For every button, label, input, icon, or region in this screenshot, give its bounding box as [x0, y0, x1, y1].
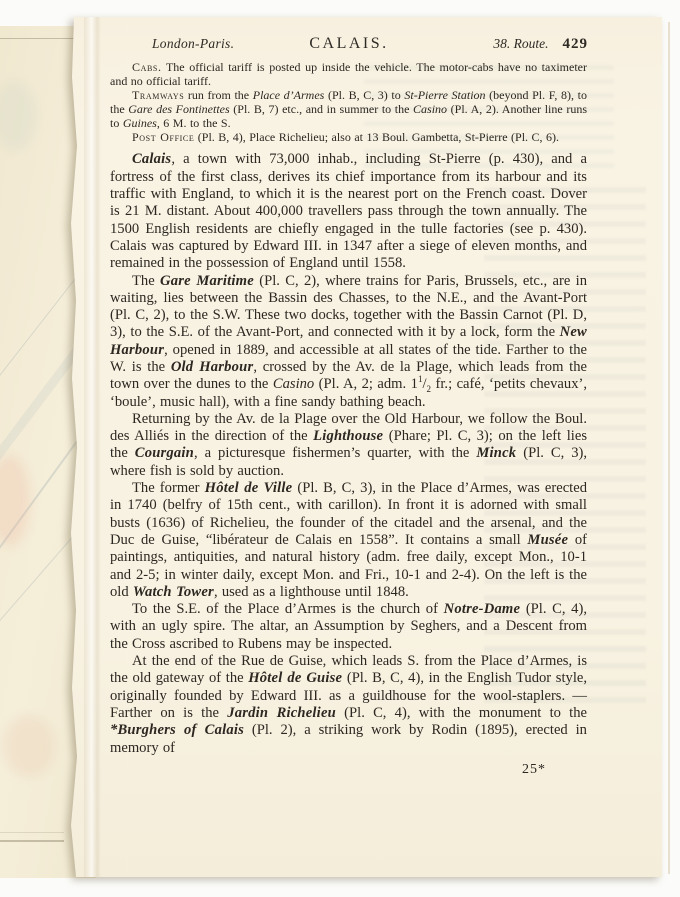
footer: 25* [110, 760, 587, 778]
map-water-tint [0, 81, 37, 151]
text-run: The former [132, 480, 205, 496]
text-run: Musée [527, 532, 568, 548]
text-run: Lighthouse [313, 428, 383, 444]
scan-background: London-Paris. CALAIS. 38. Route. 429 Cab… [0, 0, 680, 897]
paragraph: To the S.E. of the Place d’Armes is the … [110, 601, 587, 653]
paragraph: Post Office (Pl. B, 4), Place Richelieu;… [110, 131, 587, 145]
text-run: Guines [123, 116, 157, 130]
text-run: , a town with 73,000 inhab., including S… [110, 151, 587, 271]
paragraph: At the end of the Rue de Guise, which le… [110, 653, 587, 757]
header-route-number: 38. Route. [493, 36, 548, 52]
page-crease [84, 17, 101, 877]
text-run: (Pl. C, 4), with the monument to the [336, 705, 587, 721]
text-run: St-Pierre Station [404, 88, 485, 102]
text-run: To the S.E. of the Place d’Armes is the … [132, 601, 444, 617]
paragraph: The Gare Maritime (Pl. C, 2), where trai… [110, 273, 587, 411]
map-border-line [0, 832, 64, 833]
book-page: London-Paris. CALAIS. 38. Route. 429 Cab… [64, 17, 662, 877]
text-run: (Pl. A, 2; adm. 1 [314, 376, 418, 392]
header-right-group: 38. Route. 429 [493, 36, 588, 53]
header-route-origin: London-Paris. [110, 36, 309, 52]
map-pink-tint [4, 716, 54, 776]
book-page-wrap: London-Paris. CALAIS. 38. Route. 429 Cab… [64, 17, 662, 877]
text-run: Tramways [132, 88, 184, 102]
text-run: Hôtel de Guise [248, 670, 342, 686]
text-run: Gare des Fontinettes [128, 102, 229, 116]
text-run: The official tariff is posted up inside … [110, 60, 587, 88]
map-border-line [0, 840, 64, 842]
text-run: Casino [273, 376, 314, 392]
text-run: Courgain [135, 445, 194, 461]
signature-mark: 25* [522, 762, 546, 777]
text-run: Gare Maritime [160, 273, 254, 289]
text-run: Hôtel de Ville [205, 480, 293, 496]
text-run: Minck [476, 445, 516, 461]
paragraph: Calais, a town with 73,000 inhab., inclu… [110, 151, 587, 272]
text-run: Jardin Richelieu [227, 705, 336, 721]
text-run: *Burghers of Calais [110, 722, 244, 738]
running-header: London-Paris. CALAIS. 38. Route. 429 [110, 35, 588, 53]
text-run: The [132, 273, 160, 289]
text-run: (Pl. B, C, 3) to [324, 88, 404, 102]
paragraph: Cabs. The official tariff is posted up i… [110, 61, 587, 89]
text-run: Cabs. [132, 60, 162, 74]
page-edge-highlight [668, 22, 670, 874]
text-run: Post Office [132, 130, 194, 144]
text-run: , used as a lighthouse until 1848. [214, 584, 409, 600]
text-run: Watch Tower [133, 584, 214, 600]
text-run: Notre-Dame [444, 601, 521, 617]
page-number: 429 [563, 36, 589, 53]
paragraph: Tramways run from the Place d’Armes (Pl.… [110, 89, 587, 131]
text-run: run from the [184, 88, 252, 102]
text-run: Calais [132, 151, 171, 167]
text-run: Casino [413, 102, 447, 116]
text-run: Place d’Armes [253, 88, 325, 102]
map-pink-tint [0, 456, 30, 546]
text-run: (Pl. B, 7) etc., and in summer to the [230, 102, 413, 116]
text-run: , 6 M. to the S. [157, 116, 231, 130]
text-run: Old Harbour [171, 359, 254, 375]
paragraphs-container: Cabs. The official tariff is posted up i… [110, 61, 587, 757]
text-run: , a picturesque fishermen’s quarter, wit… [194, 445, 476, 461]
text-run: (Pl. B, 4), Place Richelieu; also at 13 … [194, 130, 559, 144]
paragraph: Returning by the Av. de la Plage over th… [110, 411, 587, 480]
page-title: CALAIS. [309, 35, 388, 53]
text-block: Cabs. The official tariff is posted up i… [110, 61, 587, 778]
paragraph: The former Hôtel de Ville (Pl. B, C, 3),… [110, 480, 587, 601]
